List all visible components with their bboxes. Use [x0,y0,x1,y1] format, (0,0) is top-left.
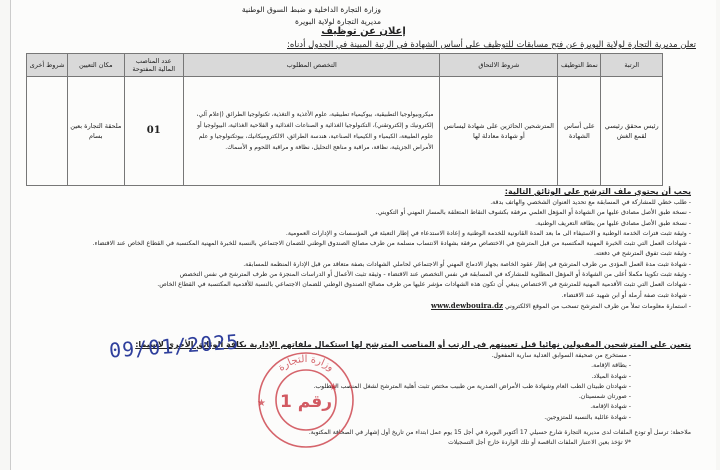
svg-text:★: ★ [329,382,338,393]
announcement-title: إعلان عن توظيف [11,26,716,37]
list-item: - طلب خطي للمشاركة في المسابقة مع تحديد … [31,198,691,208]
list-item: - نسخة طبق الأصل مصادق عليها من بطاقة ال… [31,219,691,229]
list-item: - وثيقة تثبت تكوينا مكملا أعلى من الشهاد… [31,270,691,280]
website-link[interactable]: www.dewbouira.dz [431,301,503,310]
cell-location: ملحقة التجارة بعين بسام [68,77,124,186]
header-positions: عدد المناصب المالية المفتوحة [124,54,183,77]
cell-conditions: المترشحين الحائزين على شهادة ليسانس أو ش… [440,77,558,186]
announcement-intro: تعلن مديرية التجارة لولاية البويرة عن فت… [287,40,696,50]
ministry-name: وزارة التجارة الداخلية و ضبط السوق الوطن… [242,4,381,16]
list-item: - شهادات العمل التي تثبت الأقدمية المهني… [31,280,691,290]
required-documents-heading: يجب أن يحتوي ملف الترشح على الوثائق التا… [31,186,691,198]
list-item: - وثيقة تثبت تفوق المترشح في دفعته. [31,249,691,259]
submission-note: ملاحظة: ترسل أو تودع الملفات لدى مديرية … [31,428,691,448]
header-other: شروط أخرى [27,54,68,77]
list-item: - استمارة معلومات تملأ من طرف المترشح تس… [31,301,691,312]
list-item: - شهادة تثبت صفة أرملة أو ابن شهيد عند ا… [31,291,691,301]
list-item: - شهادة تثبت مدة العمل المؤدى من طرف الم… [31,260,691,270]
table-header-row: الرتبة نمط التوظيف شروط الالتحاق التخصص … [27,54,663,77]
cell-positions: 01 [124,77,183,186]
cell-mode: على أساس الشهادة [558,77,601,186]
document-header: وزارة التجارة الداخلية و ضبط السوق الوطن… [242,4,381,28]
header-conditions: شروط الالتحاق [440,54,558,77]
required-documents-section: يجب أن يحتوي ملف الترشح على الوثائق التا… [31,186,691,312]
cell-specialty: ميكروبيولوجيا التطبيقية، بيوكيمياء تطبيق… [183,77,439,186]
cell-other [27,77,68,186]
recruitment-announcement-page: وزارة التجارة الداخلية و ضبط السوق الوطن… [10,0,716,470]
list-item: - شهادات العمل التي تثبت الخبرة المهنية … [31,239,691,249]
header-grade: الرتبة [601,54,663,77]
stamp-center-text: رقم 1 [280,392,332,412]
handwritten-date: 09/01/2025 [108,329,240,362]
positions-table: الرتبة نمط التوظيف شروط الالتحاق التخصص … [26,53,663,186]
header-specialty: التخصص المطلوب [183,54,439,77]
list-item: - نسخة طبق الأصل مصادق عليها من الشهادة … [31,208,691,218]
svg-text:★: ★ [257,398,266,409]
table-row: رئيس محقق رئيسي لقمع الغش على أساس الشها… [27,77,663,186]
required-documents-list: - طلب خطي للمشاركة في المسابقة مع تحديد … [31,198,691,312]
note-line-1: ملاحظة: ترسل أو تودع الملفات لدى مديرية … [31,428,691,438]
header-location: مكان التعيين [68,54,124,77]
list-item: - وثيقة تثبت فترات الخدمة الوطنية و الاس… [31,229,691,239]
form-line-text: - استمارة معلومات تملأ من طرف المترشح تس… [505,303,691,310]
cell-grade: رئيس محقق رئيسي لقمع الغش [601,77,663,186]
header-mode: نمط التوظيف [558,54,601,77]
official-stamp-icon: وزارة التجارة رقم 1 ★ ★ [256,350,356,450]
